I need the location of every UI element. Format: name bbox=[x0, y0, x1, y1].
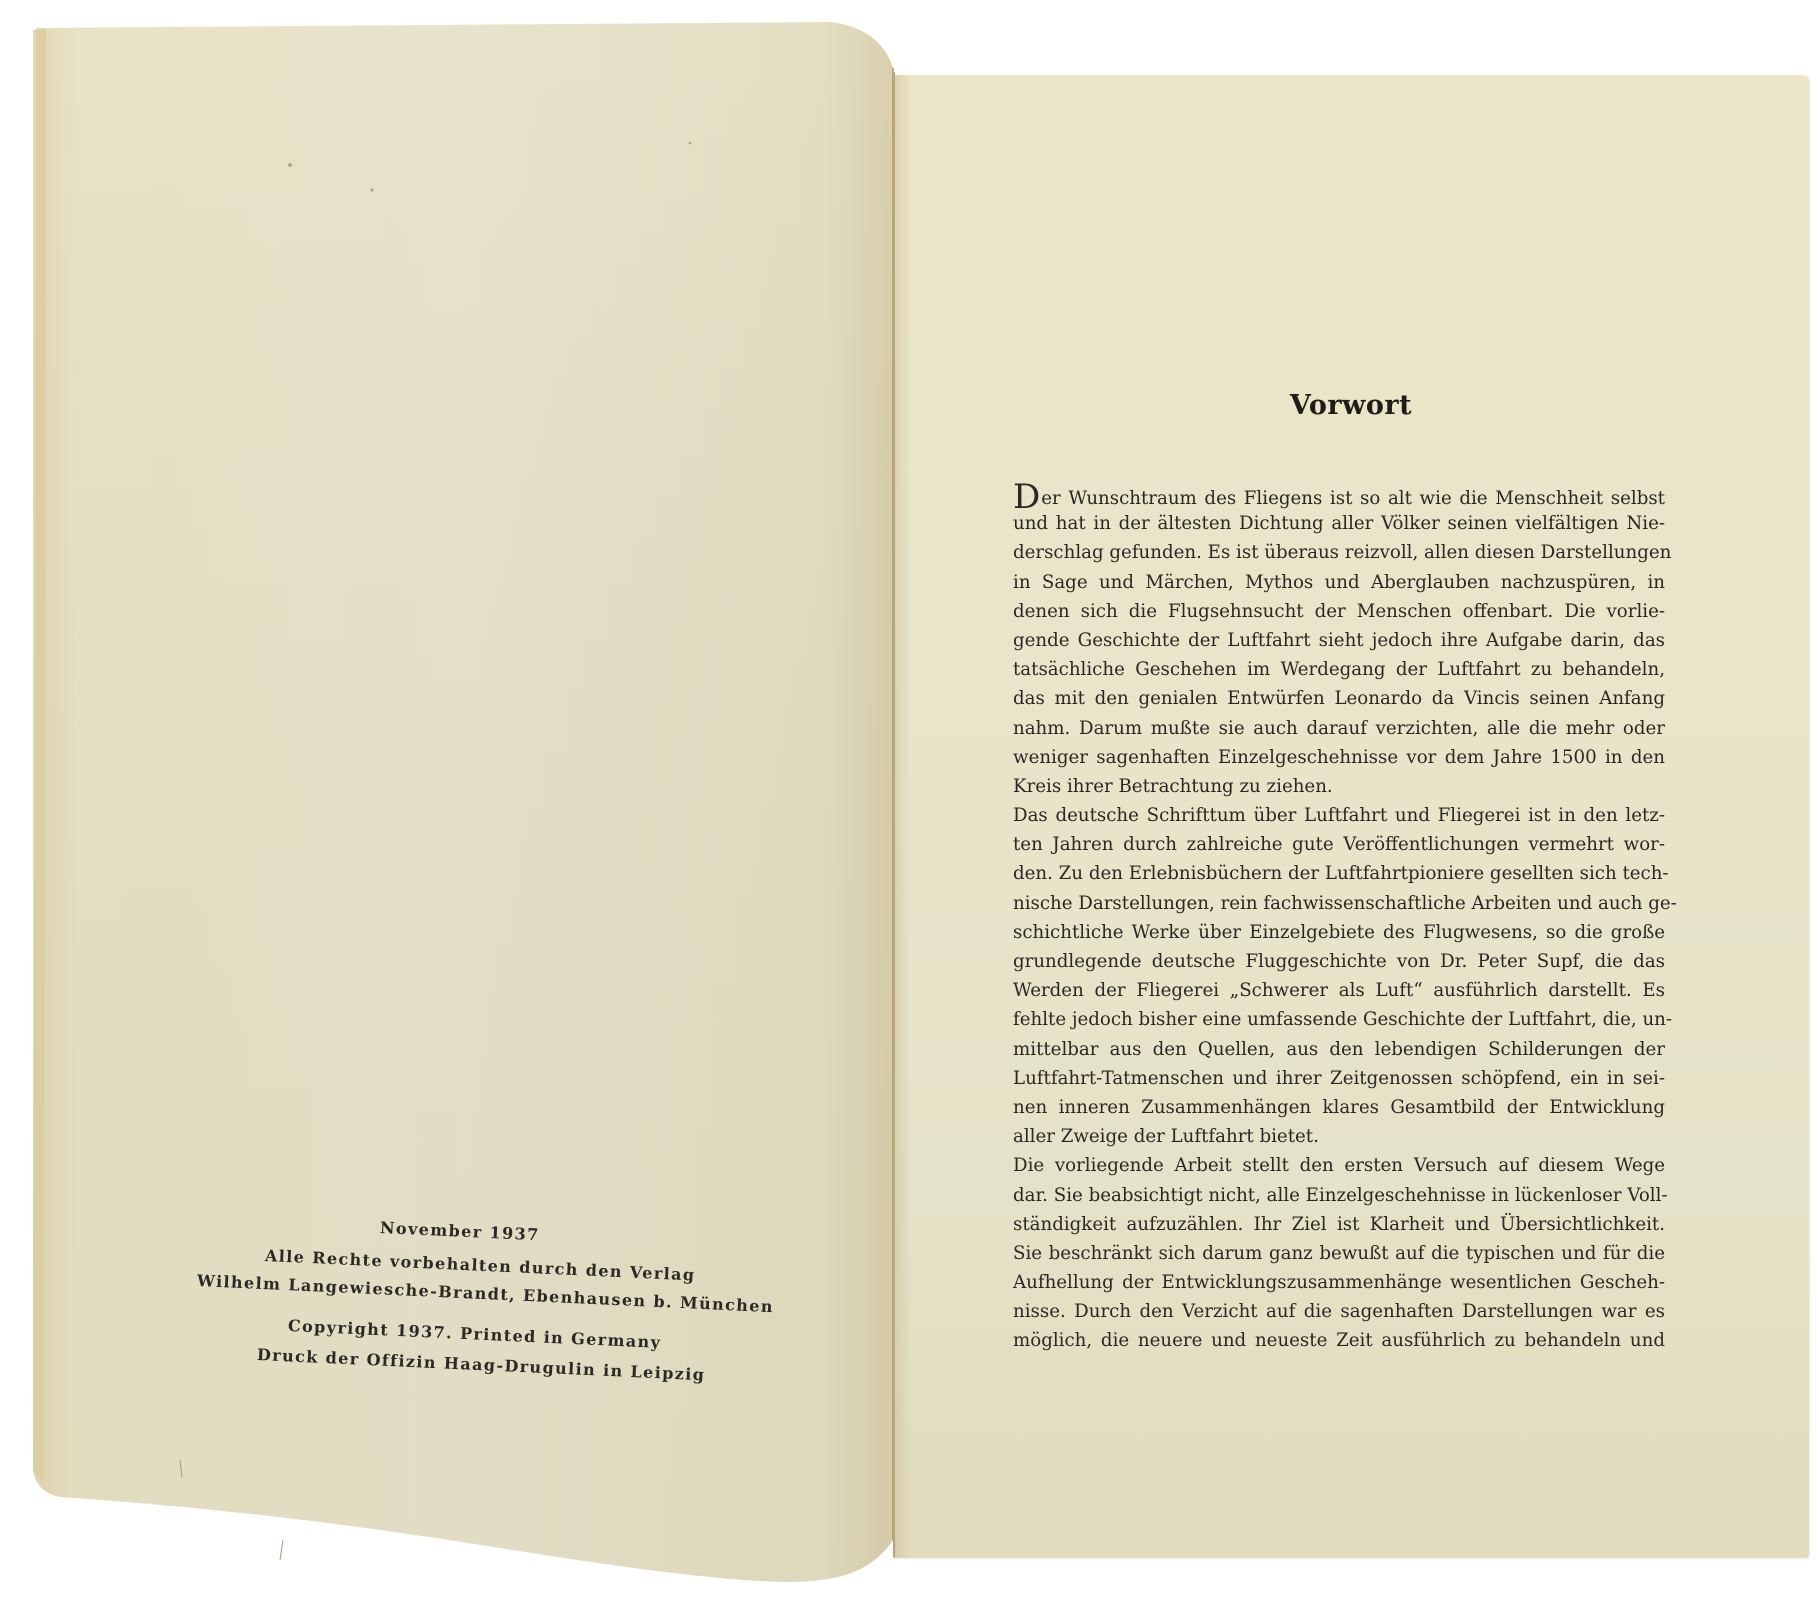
open-book-spread: November 1937 Alle Rechte vorbehalten du… bbox=[0, 0, 1819, 1613]
text-line: Sie beschränkt sich darum ganz bewußt au… bbox=[1013, 1239, 1665, 1268]
text-line: in Sage und Märchen, Mythos und Aberglau… bbox=[1013, 568, 1665, 597]
text-line: fehlte jedoch bisher eine umfassende Ges… bbox=[1013, 1005, 1665, 1034]
text-line: Luftfahrt-Tatmenschen und ihrer Zeitgeno… bbox=[1013, 1064, 1665, 1093]
text-line: möglich, die neuere und neueste Zeit aus… bbox=[1013, 1326, 1665, 1355]
foreword-body: Der Wunschtraum des Fliegens ist so alt … bbox=[1013, 480, 1665, 1356]
text-line: schichtliche Werke über Einzelgebiete de… bbox=[1013, 918, 1665, 947]
text-line-1: Der Wunschtraum des Fliegens ist so alt … bbox=[1013, 480, 1665, 509]
text-line: ten Jahren durch zahlreiche gute Veröffe… bbox=[1013, 830, 1665, 859]
text-line: und hat in der ältesten Dichtung aller V… bbox=[1013, 509, 1665, 538]
text-line-content: er Wunschtraum des Fliegens ist so alt w… bbox=[1041, 488, 1665, 509]
text-line: mittelbar aus den Quellen, aus den leben… bbox=[1013, 1035, 1665, 1064]
text-line: ständigkeit aufzuzählen. Ihr Ziel ist Kl… bbox=[1013, 1210, 1665, 1239]
text-line: nische Darstellungen, rein fachwissensch… bbox=[1013, 889, 1665, 918]
right-page: Vorwort Der Wunschtraum des Fliegens ist… bbox=[893, 75, 1809, 1558]
page-title: Vorwort bbox=[893, 390, 1809, 421]
text-line: Aufhellung der Entwicklungszusammenhänge… bbox=[1013, 1268, 1665, 1297]
text-line: den. Zu den Erlebnisbüchern der Luftfahr… bbox=[1013, 859, 1665, 888]
text-line: weniger sagenhaften Einzelgeschehnisse v… bbox=[1013, 743, 1665, 772]
text-line: gende Geschichte der Luftfahrt sieht jed… bbox=[1013, 626, 1665, 655]
text-line: derschlag gefunden. Es ist überaus reizv… bbox=[1013, 538, 1665, 567]
text-line: Werden der Fliegerei „Schwerer als Luft“… bbox=[1013, 976, 1665, 1005]
text-line: aller Zweige der Luftfahrt bietet. bbox=[1013, 1122, 1665, 1151]
text-line: tatsächliche Geschehen im Werdegang der … bbox=[1013, 655, 1665, 684]
text-line: nahm. Darum mußte sie auch darauf verzic… bbox=[1013, 714, 1665, 743]
text-line: nen inneren Zusammenhängen klares Gesamt… bbox=[1013, 1093, 1665, 1122]
text-line: Die vorliegende Arbeit stellt den ersten… bbox=[1013, 1151, 1665, 1180]
spine-crease bbox=[893, 72, 895, 1557]
text-line: dar. Sie beabsichtigt nicht, alle Einzel… bbox=[1013, 1181, 1665, 1210]
text-line: Kreis ihrer Betrachtung zu ziehen. bbox=[1013, 772, 1665, 801]
text-line: das mit den genialen Entwürfen Leonardo … bbox=[1013, 684, 1665, 713]
text-line: grundlegende deutsche Fluggeschichte von… bbox=[1013, 947, 1665, 976]
text-line: denen sich die Flugsehnsucht der Mensche… bbox=[1013, 597, 1665, 626]
text-line: nisse. Durch den Verzicht auf die sagenh… bbox=[1013, 1297, 1665, 1326]
text-line: Das deutsche Schrifttum über Luftfahrt u… bbox=[1013, 801, 1665, 830]
